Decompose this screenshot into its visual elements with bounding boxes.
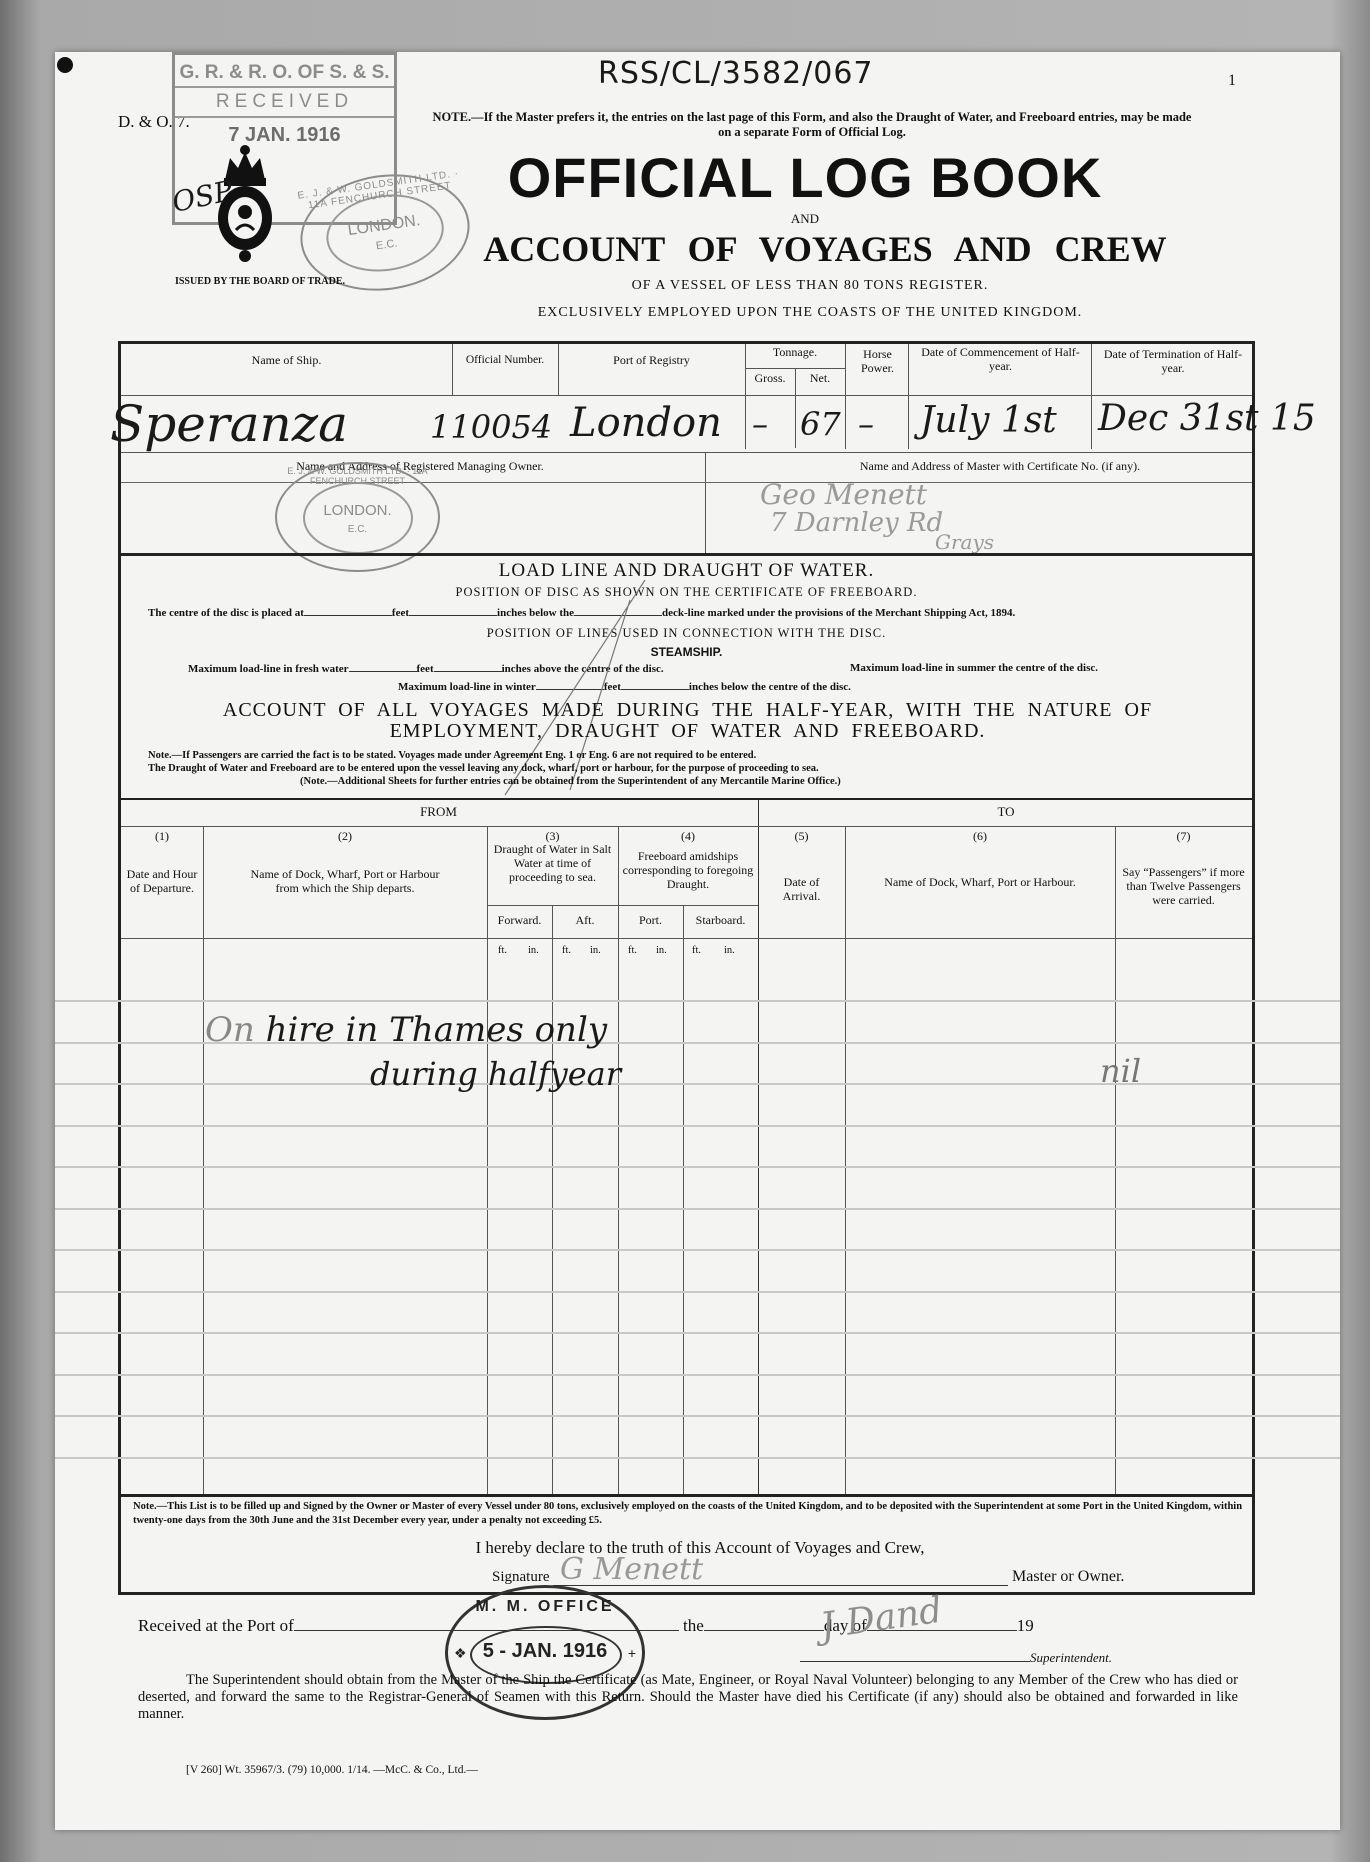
received-line: Received at the Port of theday of19	[138, 1616, 1238, 1636]
page-number: 1	[1228, 72, 1236, 90]
subtitle-coasts: EXCLUSIVELY EMPLOYED UPON THE COASTS OF …	[440, 305, 1180, 321]
value-name-of-ship: Speranza	[110, 395, 348, 453]
title-account: ACCOUNT OF VOYAGES AND CREW	[430, 228, 1220, 270]
header-master: Name and Address of Master with Certific…	[790, 460, 1210, 474]
col4-label: Freeboard amidships corresponding to for…	[620, 850, 756, 891]
value-master-name: Geo Menett	[760, 478, 927, 511]
subtitle-tonnage: OF A VESSEL OF LESS THAN 80 TONS REGISTE…	[480, 278, 1140, 294]
signature-value: G Menett	[560, 1552, 703, 1587]
received-stamp-line1: G. R. & R. O. OF S. & S.	[175, 55, 394, 88]
steamship-label: STEAMSHIP.	[121, 645, 1252, 659]
value-master-town: Grays	[935, 530, 994, 554]
value-net: 67	[800, 405, 841, 443]
subcol-aft: Aft.	[552, 914, 618, 928]
value-horse-power: –	[858, 405, 874, 443]
received-at-label: Received at the Port of	[138, 1616, 294, 1635]
issuer-label: ISSUED BY THE BOARD OF TRADE.	[150, 276, 370, 287]
mm-office-stamp-ring: M. M. OFFICE	[448, 1598, 642, 1616]
received-the-label: the	[683, 1616, 704, 1635]
col6-label: Name of Dock, Wharf, Port or Harbour.	[880, 876, 1080, 890]
to-label: TO	[760, 805, 1252, 820]
col6-num: (6)	[845, 830, 1115, 844]
value-port-of-registry: London	[570, 400, 722, 446]
title-official-log-book: OFFICIAL LOG BOOK	[440, 145, 1170, 210]
col4-num: (4)	[618, 830, 758, 844]
col5-label: Date of Arrival.	[768, 876, 835, 904]
header-date-commencement: Date of Commencement of Half-year.	[918, 346, 1083, 374]
goldsmith-stamp-owner-ring: E. J. & W. GOLDSMITH LTD. · 11A FENCHURC…	[277, 466, 438, 486]
header-horse-power: Horse Power.	[850, 348, 905, 376]
superintendent-label: Superintendent.	[1030, 1650, 1112, 1665]
col7-label: Say “Passengers” if more than Twelve Pas…	[1122, 866, 1245, 907]
value-date-termination: Dec 31st 15	[1098, 398, 1316, 439]
footer-note: Note.—This List is to be filled up and S…	[133, 1500, 1245, 1528]
title-and: AND	[440, 211, 1170, 227]
voyages-note-1: Note.—If Passengers are carried the fact…	[148, 750, 756, 761]
subcol-starboard: Starboard.	[683, 914, 758, 928]
superintendent-line: Superintendent.	[800, 1650, 1112, 1666]
value-official-number: 110054	[430, 408, 552, 446]
value-gross: –	[752, 405, 768, 443]
voyage-entry-passengers: nil	[1100, 1052, 1141, 1090]
disc-heading: POSITION OF DISC AS SHOWN ON THE CERTIFI…	[121, 585, 1252, 600]
form-top-border	[118, 341, 1255, 344]
received-year-label: 19	[1017, 1616, 1034, 1635]
col2-label: Name of Dock, Wharf, Port or Harbour fro…	[250, 868, 440, 896]
from-label: FROM	[121, 805, 756, 820]
mm-office-stamp-date: 5 - JAN. 1916	[448, 1640, 642, 1663]
voyage-entry-line1: On On hire in Thames onlyhire in Thames …	[205, 1010, 607, 1050]
col1-label: Date and Hour of Departure.	[125, 868, 199, 896]
col3-label: Draught of Water in Salt Water at time o…	[490, 843, 615, 884]
print-code: [V 260] Wt. 35967/3. (79) 10,000. 1/14. …	[186, 1764, 478, 1776]
value-master-address: 7 Darnley Rd	[770, 508, 943, 538]
form-left-border	[118, 341, 121, 1595]
summer-line: Maximum load-line in summer the centre o…	[850, 662, 1098, 674]
header-date-termination: Date of Termination of Half-year.	[1098, 348, 1248, 376]
subcol-port: Port.	[618, 914, 683, 928]
header-tonnage: Tonnage.	[745, 346, 845, 360]
reference-number: RSS/CL/3582/067	[598, 56, 874, 91]
punch-hole	[57, 57, 73, 73]
section-divider	[118, 553, 1255, 556]
col1-num: (1)	[121, 830, 203, 844]
voyages-note-3: (Note.—Additional Sheets for further ent…	[300, 776, 841, 787]
header-net: Net.	[795, 372, 845, 386]
signature-label: Signature	[492, 1569, 550, 1585]
voyage-entry-line2: during halfyear	[370, 1055, 621, 1093]
voyages-note-2: The Draught of Water and Freeboard are t…	[148, 763, 819, 774]
subcol-forward: Forward.	[487, 914, 552, 928]
goldsmith-stamp-owner-sub: E.C.	[277, 524, 438, 535]
received-stamp-date: 7 JAN. 1916	[175, 118, 394, 147]
form-right-border	[1252, 341, 1255, 1595]
col5-num: (5)	[758, 830, 845, 844]
top-note: NOTE.—If the Master prefers it, the entr…	[432, 110, 1192, 140]
col2-num: (2)	[203, 830, 487, 844]
col7-num: (7)	[1115, 830, 1252, 844]
superintendent-instruction: The Superintendent should obtain from th…	[138, 1672, 1238, 1723]
voyages-heading: ACCOUNT OF ALL VOYAGES MADE DURING THE H…	[150, 700, 1225, 742]
disc-position-line: The centre of the disc is placed atfeeti…	[148, 606, 1248, 619]
header-name-of-ship: Name of Ship.	[121, 354, 452, 368]
goldsmith-stamp-owner-center: LONDON.	[277, 502, 438, 519]
load-line-title: LOAD LINE AND DRAUGHT OF WATER.	[121, 560, 1252, 582]
header-official-number: Official Number.	[452, 354, 558, 367]
header-port-of-registry: Port of Registry	[558, 354, 745, 368]
lines-heading: POSITION OF LINES USED IN CONNECTION WIT…	[121, 626, 1252, 641]
master-or-owner-label: Master or Owner.	[1012, 1568, 1124, 1585]
received-stamp-line2: RECEIVED	[175, 88, 394, 118]
value-date-commencement: July 1st	[920, 400, 1057, 441]
header-gross: Gross.	[745, 372, 795, 386]
